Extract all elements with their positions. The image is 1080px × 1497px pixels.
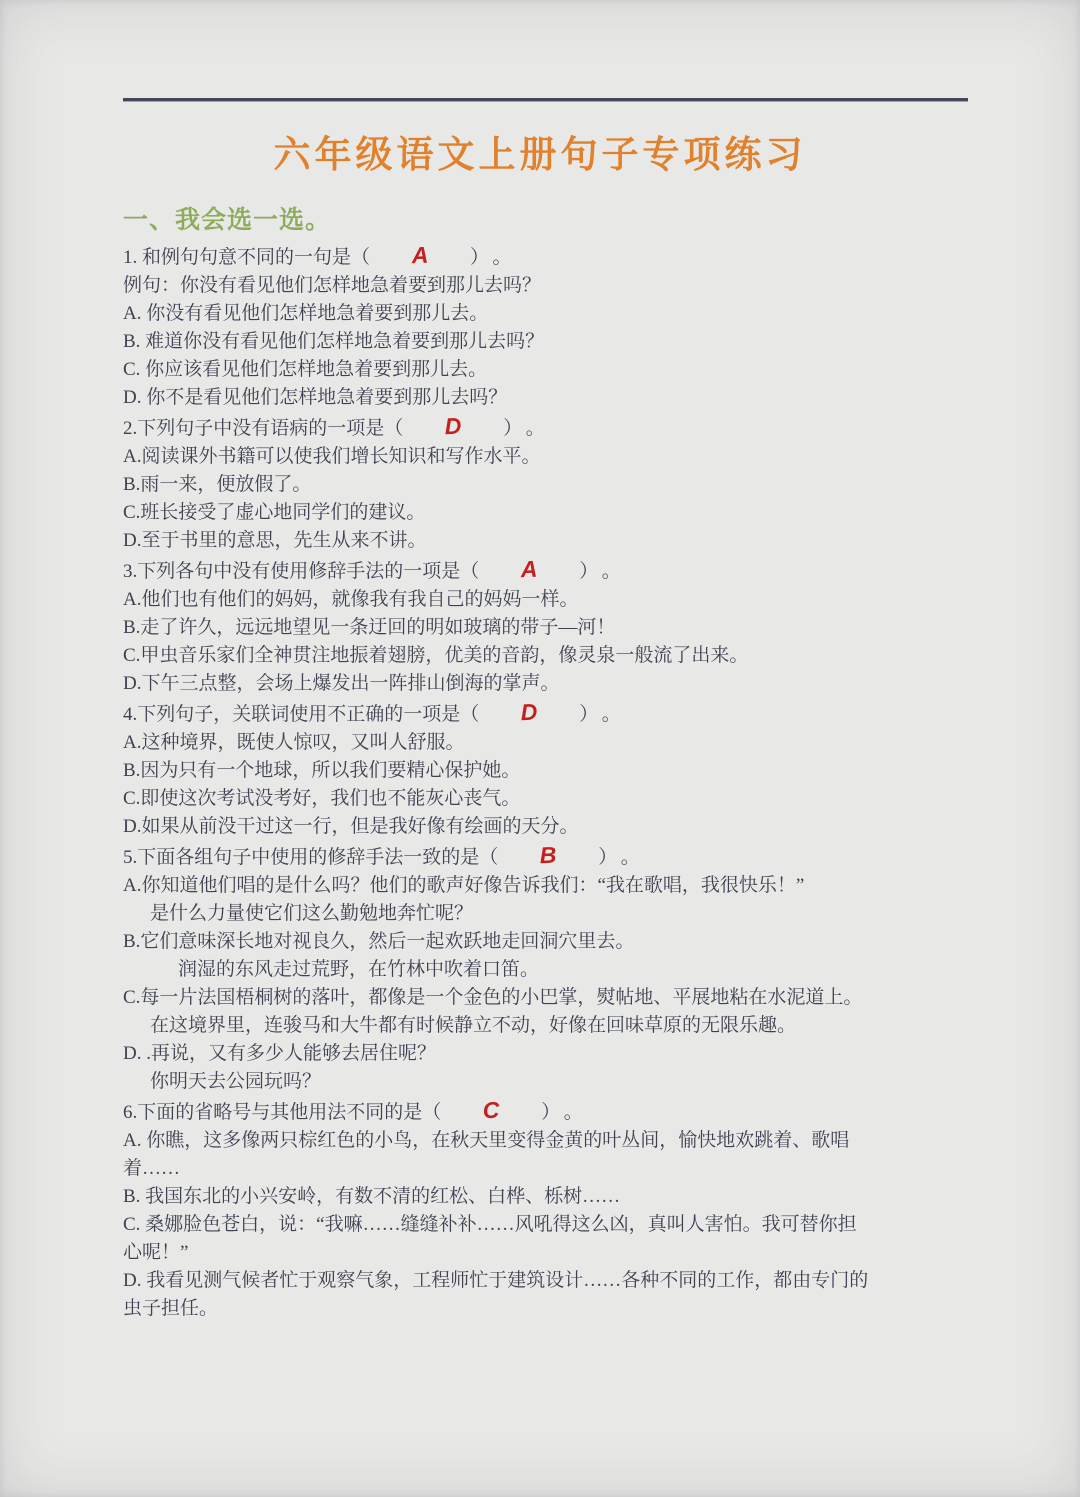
questions-area: 1. 和例句句意不同的一句是（A）。例句：你没有看见他们怎样地急着要到那儿去吗？…: [123, 241, 1023, 1323]
period-tail: 。: [602, 704, 621, 725]
answer-mark: A: [479, 553, 580, 584]
close-paren: ）: [598, 847, 608, 868]
question-stem-text: 1. 和例句句意不同的一句是（: [123, 247, 370, 268]
option-line: C.即使这次考试没考好，我们也不能灰心丧气。: [123, 785, 1023, 813]
question-block: 5.下面各组句子中使用的修辞手法一致的是（B）。A.你知道他们唱的是什么吗？他们…: [123, 841, 1023, 1096]
option-line: B. 难道你没有看见他们怎样地急着要到那儿去吗？: [123, 328, 1023, 356]
option-line: C. 你应该看见他们怎样地急着要到那儿去。: [123, 356, 1023, 384]
option-line: A.你知道他们唱的是什么吗？他们的歌声好像告诉我们：“我在歌唱，我很快乐！”: [123, 872, 1023, 900]
option-line: D.至于书里的意思，先生从来不讲。: [123, 527, 1023, 555]
question-stem-text: 3.下列各句中没有使用修辞手法的一项是（: [123, 561, 479, 582]
question-block: 3.下列各句中没有使用修辞手法的一项是（A）。A.他们也有他们的妈妈，就像我有我…: [123, 555, 1023, 698]
question-block: 4.下列句子，关联词使用不正确的一项是（D）。A.这种境界，既使人惊叹，又叫人舒…: [123, 698, 1023, 841]
question-stem-text: 6.下面的省略号与其他用法不同的是（: [123, 1102, 441, 1123]
question-block: 2.下列句子中没有语病的一项是（D）。A.阅读课外书籍可以使我们增长知识和写作水…: [123, 412, 1023, 555]
option-line: C.班长接受了虚心地同学们的建议。: [123, 499, 1023, 527]
option-line: D. 你不是看见他们怎样地急着要到那儿去吗？: [123, 384, 1023, 412]
option-line: C.每一片法国梧桐树的落叶，都像是一个金色的小巴掌，熨帖地、平展地粘在水泥道上。: [123, 984, 1023, 1012]
option-line: A.他们也有他们的妈妈，就像我有我自己的妈妈一样。: [123, 586, 1023, 614]
close-paren: ）: [579, 704, 589, 725]
period-tail: 。: [493, 247, 512, 268]
section-header: 一、我会选一选。: [123, 200, 331, 236]
option-line: B. 我国东北的小兴安岭，有数不清的红松、白桦、栎树……: [123, 1183, 1023, 1211]
question-stem-line: 1. 和例句句意不同的一句是（A）。: [123, 241, 1023, 272]
option-line: A. 你没有看见他们怎样地急着要到那儿去。: [123, 300, 1023, 328]
option-line: A.这种境界，既使人惊叹，又叫人舒服。: [123, 729, 1023, 757]
option-line: B.走了许久，远远地望见一条迂回的明如玻璃的带子—河！: [123, 614, 1023, 642]
option-line: A. 你瞧，这多像两只棕红色的小鸟，在秋天里变得金黄的叶丛间，愉快地欢跳着、歌唱: [123, 1127, 1023, 1155]
question-stem-line: 5.下面各组句子中使用的修辞手法一致的是（B）。: [123, 841, 1023, 872]
period-tail: 。: [602, 561, 621, 582]
header-rule: [123, 98, 968, 102]
option-line: C.甲虫音乐家们全神贯注地振着翅膀，优美的音韵，像灵泉一般流了出来。: [123, 642, 1023, 670]
close-paren: ）: [503, 418, 513, 439]
option-line: 虫子担任。: [123, 1295, 1023, 1323]
close-paren: ）: [579, 561, 589, 582]
option-line: 在这境界里，连骏马和大牛都有时候静立不动，好像在回味草原的无限乐趣。: [123, 1012, 1023, 1040]
close-paren: ）: [470, 247, 480, 268]
question-stem-line: 4.下列句子，关联词使用不正确的一项是（D）。: [123, 698, 1023, 729]
option-line: B.雨一来，便放假了。: [123, 471, 1023, 499]
answer-mark: C: [441, 1094, 542, 1125]
option-line: 例句：你没有看见他们怎样地急着要到那儿去吗？: [123, 272, 1023, 300]
question-stem-text: 5.下面各组句子中使用的修辞手法一致的是（: [123, 847, 498, 868]
option-line: A.阅读课外书籍可以使我们增长知识和写作水平。: [123, 443, 1023, 471]
question-block: 1. 和例句句意不同的一句是（A）。例句：你没有看见他们怎样地急着要到那儿去吗？…: [123, 241, 1023, 412]
question-stem-text: 2.下列句子中没有语病的一项是（: [123, 418, 403, 439]
option-line: 润湿的东风走过荒野，在竹林中吹着口笛。: [123, 956, 1023, 984]
option-line: 心呢！”: [123, 1239, 1023, 1267]
option-line: D.如果从前没干过这一行，但是我好像有绘画的天分。: [123, 813, 1023, 841]
option-line: D.下午三点整，会场上爆发出一阵排山倒海的掌声。: [123, 670, 1023, 698]
period-tail: 。: [621, 847, 640, 868]
option-line: B.因为只有一个地球，所以我们要精心保护她。: [123, 757, 1023, 785]
question-stem-line: 3.下列各句中没有使用修辞手法的一项是（A）。: [123, 555, 1023, 586]
period-tail: 。: [526, 418, 545, 439]
answer-mark: D: [479, 696, 580, 727]
question-stem-text: 4.下列句子，关联词使用不正确的一项是（: [123, 704, 479, 725]
option-line: C. 桑娜脸色苍白，说：“我嘛……缝缝补补……风吼得这么凶，真叫人害怕。我可替你…: [123, 1211, 1023, 1239]
answer-mark: D: [403, 410, 504, 441]
option-line: D. 我看见测气候者忙于观察气象，工程师忙于建筑设计……各种不同的工作，都由专门…: [123, 1267, 1023, 1295]
option-line: 着……: [123, 1155, 1023, 1183]
answer-mark: B: [498, 839, 599, 870]
option-line: D. .再说，又有多少人能够去居住呢？: [123, 1040, 1023, 1068]
answer-mark: A: [370, 239, 471, 270]
page-title: 六年级语文上册句子专项练习: [0, 124, 1080, 178]
close-paren: ）: [541, 1102, 551, 1123]
option-line: 你明天去公园玩吗？: [123, 1068, 1023, 1096]
period-tail: 。: [564, 1102, 583, 1123]
question-stem-line: 2.下列句子中没有语病的一项是（D）。: [123, 412, 1023, 443]
question-stem-line: 6.下面的省略号与其他用法不同的是（C）。: [123, 1096, 1023, 1127]
option-line: B.它们意味深长地对视良久，然后一起欢跃地走回洞穴里去。: [123, 928, 1023, 956]
question-block: 6.下面的省略号与其他用法不同的是（C）。A. 你瞧，这多像两只棕红色的小鸟，在…: [123, 1096, 1023, 1323]
option-line: 是什么力量使它们这么勤勉地奔忙呢？: [123, 900, 1023, 928]
